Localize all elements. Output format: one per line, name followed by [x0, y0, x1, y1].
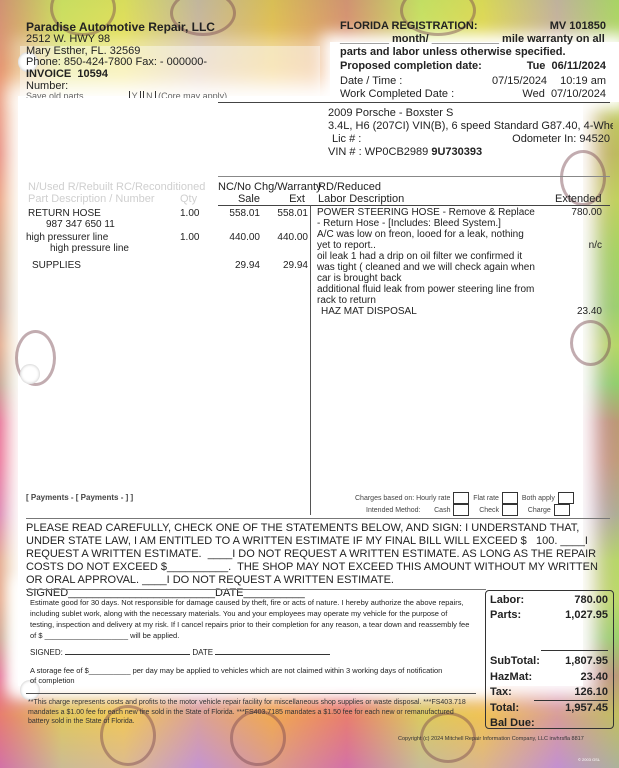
labor-header-ext: Extended	[555, 193, 601, 205]
signed-line: SIGNED: DATE	[30, 648, 330, 657]
part-ext: 440.00	[264, 232, 308, 243]
date-time-label: Date / Time :	[340, 75, 402, 87]
charge-label: Charge	[528, 507, 551, 514]
labor-header-desc: Labor Description	[318, 193, 404, 205]
both-apply-checkbox[interactable]	[558, 492, 574, 504]
parts-header-nc: NC/No Chg/Warranty	[218, 181, 322, 193]
tax-label: Tax:	[490, 686, 512, 698]
punch-hole	[20, 364, 40, 384]
part-number: 987 347 650 11	[46, 219, 115, 230]
part-sale: 558.01	[216, 208, 260, 219]
subtotal-label: SubTotal:	[490, 655, 540, 667]
cash-checkbox[interactable]	[453, 504, 469, 516]
totals-total: Total:1,957.45	[490, 702, 608, 714]
subtotal-value: 1,807.95	[565, 655, 608, 667]
estimate-terms: Estimate good for 30 days. Not responsib…	[30, 597, 470, 641]
subtotal-rule	[541, 650, 608, 651]
invoice-label: INVOICE	[26, 68, 71, 80]
odometer-in: Odometer In: 94520	[460, 133, 610, 145]
labor-extended	[547, 251, 602, 284]
save-parts-no-box[interactable]: N	[143, 91, 156, 98]
parts-header-ghost2: Part Description / Number	[28, 193, 155, 205]
part-ext: 29.94	[264, 260, 308, 271]
date-label: DATE	[192, 648, 213, 657]
payments-line: [ Payments - [ Payments - ] ]	[26, 493, 133, 502]
part-qty: 1.00	[180, 232, 199, 243]
vin-prefix: WP0CB2989	[365, 146, 429, 158]
save-parts-note: (Core may apply)	[158, 91, 227, 98]
part-sale: 29.94	[216, 260, 260, 271]
bal-due-label: Bal Due:	[490, 717, 535, 729]
footnote-divider	[26, 693, 476, 694]
footnote: **This charge represents costs and profi…	[28, 698, 468, 727]
part-ext: 558.01	[264, 208, 308, 219]
parts-header-divider	[218, 205, 610, 206]
labor-header-rd: RD/Reduced	[318, 181, 381, 193]
labor-table-row: A/C was low on freon, looed for a leak, …	[317, 229, 602, 251]
cash-label: Cash	[434, 507, 450, 514]
labor-rows: POWER STEERING HOSE - Remove & Replace -…	[317, 207, 602, 317]
paper-mark: © 2003 GSL	[578, 757, 600, 762]
proposed-completion-value: Tue 06/11/2024	[500, 60, 606, 72]
labor-table-row: oil leak 1 had a drip on oil filter we c…	[317, 251, 602, 284]
odometer-label: Odometer In:	[512, 133, 576, 145]
totals-parts: Parts:1,027.95	[490, 609, 608, 621]
check-label: Check	[479, 507, 499, 514]
vehicle-divider	[218, 176, 610, 177]
shop-address-line1: 2512 W. HWY 98	[26, 33, 110, 45]
part-sale: 440.00	[216, 232, 260, 243]
vin: VIN # : WP0CB2989 9U730393	[328, 146, 482, 158]
labor-extended: n/c	[547, 229, 602, 251]
save-old-parts: Save old parts Y N (Core may apply)	[26, 91, 227, 98]
hazmat-value: 23.40	[580, 671, 608, 683]
labor-description: A/C was low on freon, looed for a leak, …	[317, 229, 539, 251]
hazmat-label: HazMat:	[490, 671, 532, 683]
total-rule	[534, 700, 608, 701]
totals-box: Labor:780.00 Parts:1,027.95 SubTotal:1,8…	[485, 590, 614, 729]
save-parts-yes-box[interactable]: Y	[129, 91, 141, 98]
intended-method-label: Intended Method:	[366, 507, 421, 514]
signed-label: SIGNED:	[30, 648, 63, 657]
labor-table-row: HAZ MAT DISPOSAL23.40	[317, 306, 602, 317]
header-divider	[218, 102, 610, 103]
totals-hazmat: HazMat:23.40	[490, 671, 608, 683]
vin-suffix: 9U730393	[431, 146, 482, 158]
parts-value: 1,027.95	[565, 609, 608, 621]
labor-extended: 780.00	[547, 207, 602, 229]
hourly-rate-label: Hourly rate	[416, 495, 450, 502]
parts-labor-divider	[310, 205, 311, 515]
warranty-line1: ________ month/ ___________ mile warrant…	[340, 33, 605, 45]
totals-subtotal: SubTotal:1,807.95	[490, 655, 608, 667]
both-apply-label: Both apply	[522, 495, 555, 502]
florida-registration-label: FLORIDA REGISTRATION:	[340, 20, 478, 32]
estimate-divider	[26, 518, 610, 519]
florida-registration-number: MV 101850	[540, 20, 606, 32]
intended-method: Intended Method: Cash Check Charge	[366, 504, 606, 516]
vehicle-model: 2009 Porsche - Boxster S	[328, 107, 453, 119]
part-description: SUPPLIES	[32, 260, 81, 271]
totals-bal-due: Bal Due:	[490, 717, 608, 729]
warranty-line2: parts and labor unless otherwise specifi…	[340, 46, 566, 58]
labor-table-row: POWER STEERING HOSE - Remove & Replace -…	[317, 207, 602, 229]
labor-table-row: additional fluid leak from power steerin…	[317, 284, 602, 306]
flat-rate-label: Flat rate	[473, 495, 499, 502]
proposed-completion-label: Proposed completion date:	[340, 60, 482, 72]
save-parts-label: Save old parts	[26, 91, 84, 98]
labor-value: 780.00	[574, 594, 608, 606]
labor-description: POWER STEERING HOSE - Remove & Replace -…	[317, 207, 539, 229]
vehicle-engine: 3.4L, H6 (207CI) VIN(B), 6 speed Standar…	[328, 120, 613, 132]
part-qty: 1.00	[180, 208, 199, 219]
part-description: RETURN HOSE	[28, 208, 101, 219]
work-completed-value: Wed 07/10/2024	[480, 88, 606, 100]
tax-value: 126.10	[574, 686, 608, 698]
invoice-number-value: 10594	[77, 68, 108, 80]
part-number: high pressure line	[50, 243, 129, 254]
storage-fee-text: A storage fee of $__________ per day may…	[30, 666, 450, 686]
date-time-date: 07/15/2024	[492, 75, 547, 87]
hourly-rate-checkbox[interactable]	[453, 492, 469, 504]
swirl-decoration	[570, 320, 611, 366]
parts-header-qty: Qty	[180, 193, 197, 205]
parts-header-ext: Ext	[270, 193, 305, 205]
parts-header-sale: Sale	[220, 193, 260, 205]
totals-tax: Tax:126.10	[490, 686, 608, 698]
total-value: 1,957.45	[565, 702, 608, 714]
labor-description: additional fluid leak from power steerin…	[317, 284, 539, 306]
total-label: Total:	[490, 702, 519, 714]
odometer-value: 94520	[579, 133, 610, 145]
shop-phone-fax: Phone: 850-424-7800 Fax: - 000000-	[26, 56, 207, 68]
shop-name: Paradise Automotive Repair, LLC	[26, 20, 215, 34]
totals-labor: Labor:780.00	[490, 594, 608, 606]
labor-label: Labor:	[490, 594, 524, 606]
part-description: high pressurer line	[26, 232, 108, 243]
invoice-number: INVOICE 10594	[26, 68, 108, 80]
labor-description: HAZ MAT DISPOSAL	[317, 306, 543, 317]
labor-extended: 23.40	[547, 306, 602, 317]
charge-checkbox[interactable]	[554, 504, 570, 516]
parts-label: Parts:	[490, 609, 521, 621]
labor-description: oil leak 1 had a drip on oil filter we c…	[317, 251, 539, 284]
labor-extended	[547, 284, 602, 306]
charges-based-on: Charges based on: Hourly rate Flat rate …	[355, 492, 605, 504]
date-time-time: 10:19 am	[550, 75, 606, 87]
parts-header-ghost: N/Used R/Rebuilt RC/Reconditioned	[28, 181, 205, 193]
flat-rate-checkbox[interactable]	[502, 492, 518, 504]
charges-based-on-label: Charges based on:	[355, 495, 414, 502]
work-completed-label: Work Completed Date :	[340, 88, 454, 100]
lic-label: Lic # :	[332, 133, 361, 145]
vin-label: VIN # :	[328, 146, 362, 158]
terms-divider	[26, 589, 486, 590]
copyright: Copyright (c) 2024 Mitchell Repair Infor…	[398, 736, 584, 742]
check-checkbox[interactable]	[502, 504, 518, 516]
